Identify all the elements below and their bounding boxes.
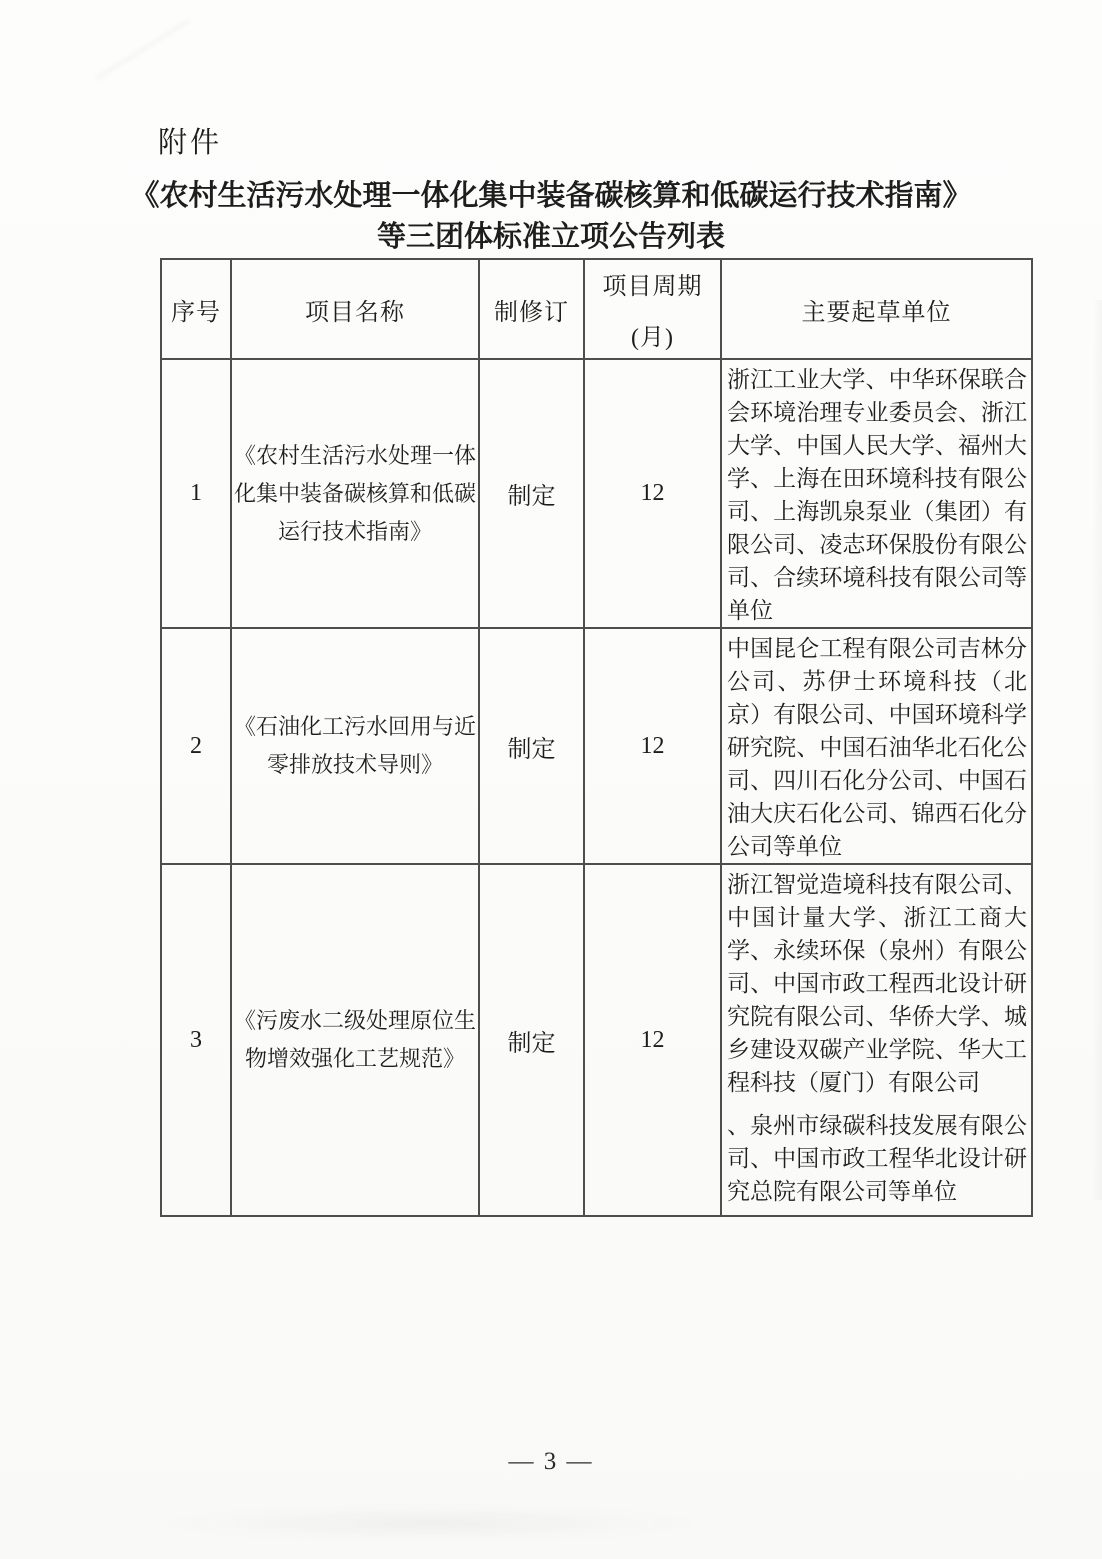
row-index-cell: 1 bbox=[161, 359, 231, 628]
drafters-cell: 浙江工业大学、中华环保联合会环境治理专业委员会、浙江大学、中国人民大学、福州大学… bbox=[721, 359, 1032, 628]
drafters-paragraph: 、泉州市绿碳科技发展有限公司、中国市政工程华北设计研究总院有限公司等单位 bbox=[727, 1109, 1027, 1208]
document-title-line2: 等三团体标准立项公告列表 bbox=[0, 217, 1102, 258]
header-index: 序号 bbox=[161, 259, 231, 359]
drafters-cell: 浙江智觉造境科技有限公司、中国计量大学、浙江工商大学、永续环保（泉州）有限公司、… bbox=[721, 864, 1032, 1216]
scanned-document-page: 附件 《农村生活污水处理一体化集中装备碳核算和低碳运行技术指南》 等三团体标准立… bbox=[0, 0, 1102, 1559]
header-revision: 制修订 bbox=[479, 259, 584, 359]
revision-cell: 制定 bbox=[479, 628, 584, 864]
drafters-paragraph: 浙江工业大学、中华环保联合会环境治理专业委员会、浙江大学、中国人民大学、福州大学… bbox=[727, 363, 1027, 627]
standards-project-table: 序号 项目名称 制修订 项目周期 (月) 主要起草单位 1 《农村生活污水处理一… bbox=[160, 258, 1033, 1217]
document-title: 《农村生活污水处理一体化集中装备碳核算和低碳运行技术指南》 等三团体标准立项公告… bbox=[0, 176, 1102, 258]
table-header-row: 序号 项目名称 制修订 项目周期 (月) 主要起草单位 bbox=[161, 259, 1032, 359]
scan-artifact bbox=[150, 1505, 710, 1541]
header-period-line2: (月) bbox=[585, 317, 720, 352]
drafters-paragraph: 中国昆仑工程有限公司吉林分公司、苏伊士环境科技（北京）有限公司、中国环境科学研究… bbox=[727, 632, 1027, 863]
project-name-cell: 《石油化工污水回用与近零排放技术导则》 bbox=[231, 628, 479, 864]
period-cell: 12 bbox=[584, 628, 721, 864]
project-name-cell: 《污废水二级处理原位生物增效强化工艺规范》 bbox=[231, 864, 479, 1216]
table-row: 1 《农村生活污水处理一体化集中装备碳核算和低碳运行技术指南》 制定 12 浙江… bbox=[161, 359, 1032, 628]
drafters-cell: 中国昆仑工程有限公司吉林分公司、苏伊士环境科技（北京）有限公司、中国环境科学研究… bbox=[721, 628, 1032, 864]
period-cell: 12 bbox=[584, 359, 721, 628]
header-project-name: 项目名称 bbox=[231, 259, 479, 359]
scan-artifact bbox=[96, 19, 191, 80]
table-row: 2 《石油化工污水回用与近零排放技术导则》 制定 12 中国昆仑工程有限公司吉林… bbox=[161, 628, 1032, 864]
revision-cell: 制定 bbox=[479, 359, 584, 628]
document-title-line1: 《农村生活污水处理一体化集中装备碳核算和低碳运行技术指南》 bbox=[0, 176, 1102, 217]
page-number: — 3 — bbox=[0, 1448, 1102, 1476]
revision-cell: 制定 bbox=[479, 864, 584, 1216]
attachment-label: 附件 bbox=[158, 120, 222, 161]
drafters-paragraph: 浙江智觉造境科技有限公司、中国计量大学、浙江工商大学、永续环保（泉州）有限公司、… bbox=[727, 868, 1027, 1099]
header-drafters: 主要起草单位 bbox=[721, 259, 1032, 359]
scan-artifact bbox=[1092, 300, 1102, 1200]
header-period-line1: 项目周期 bbox=[585, 266, 720, 301]
row-index-cell: 2 bbox=[161, 628, 231, 864]
header-period: 项目周期 (月) bbox=[584, 259, 721, 359]
row-index-cell: 3 bbox=[161, 864, 231, 1216]
project-name-cell: 《农村生活污水处理一体化集中装备碳核算和低碳运行技术指南》 bbox=[231, 359, 479, 628]
period-cell: 12 bbox=[584, 864, 721, 1216]
table-row: 3 《污废水二级处理原位生物增效强化工艺规范》 制定 12 浙江智觉造境科技有限… bbox=[161, 864, 1032, 1216]
